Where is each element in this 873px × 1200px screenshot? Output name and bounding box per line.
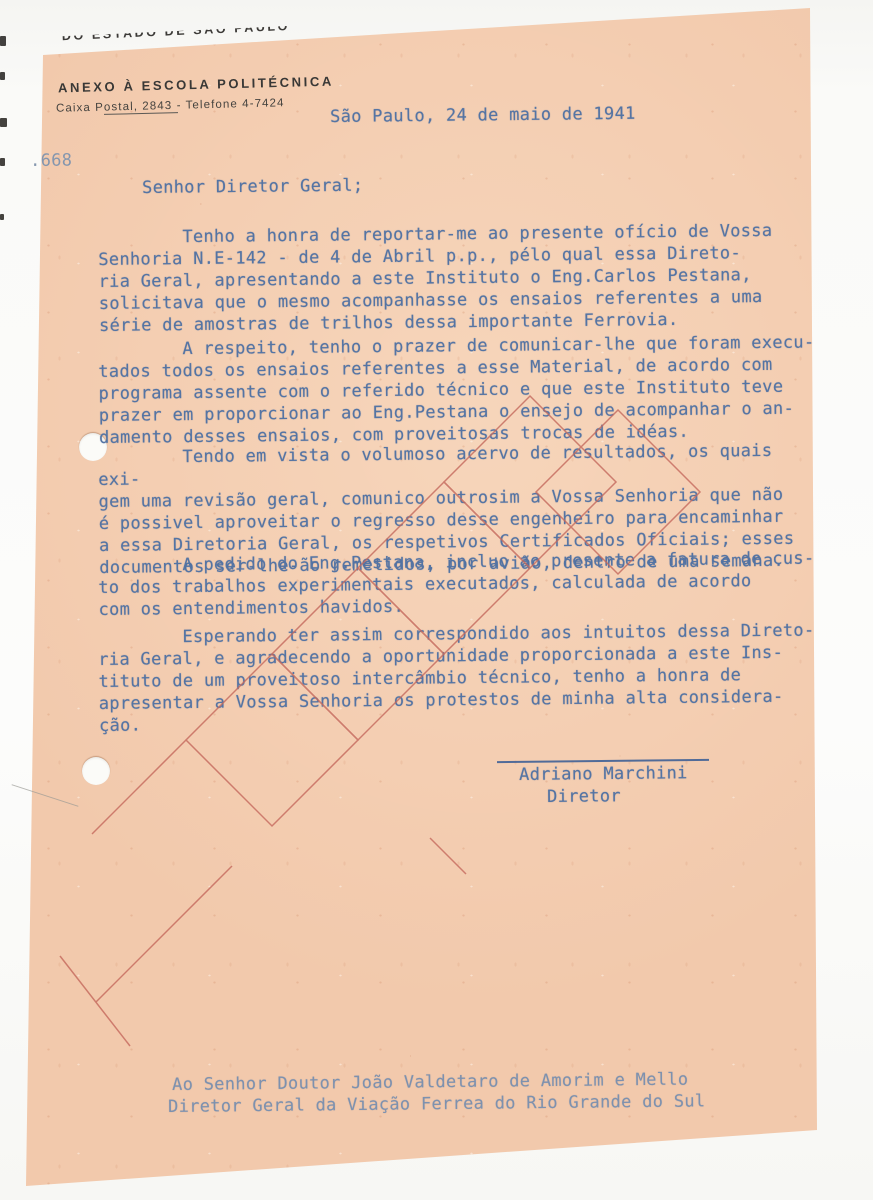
signature-name: Adriano Marchini — [519, 762, 688, 786]
scanner-edge-mark — [0, 72, 5, 80]
punch-hole-bottom — [82, 757, 110, 785]
scanned-letter-page: DO ESTADO DE SÃO PAULO ANEXO À ESCOLA PO… — [0, 0, 873, 1200]
reference-number: .668 — [30, 150, 72, 172]
scanner-edge-mark — [0, 214, 4, 220]
signature-title: Diretor — [547, 785, 621, 808]
body-paragraph-5: Esperando ter assim correspondido aos in… — [98, 619, 819, 737]
scanner-edge-mark — [0, 158, 5, 166]
body-paragraph-4: A pedido do Eng.Pestana, incluo ao prese… — [98, 547, 819, 621]
body-paragraph-2: A respeito, tenho o prazer de comunicar-… — [98, 331, 819, 449]
date-line: São Paulo, 24 de maio de 1941 — [330, 103, 636, 128]
body-paragraph-1: Tenho a honra de reportar-me ao presente… — [98, 219, 819, 337]
scanner-edge-mark — [0, 118, 7, 127]
scanner-edge-mark — [0, 36, 6, 46]
salutation: Senhor Diretor Geral; — [142, 175, 363, 199]
